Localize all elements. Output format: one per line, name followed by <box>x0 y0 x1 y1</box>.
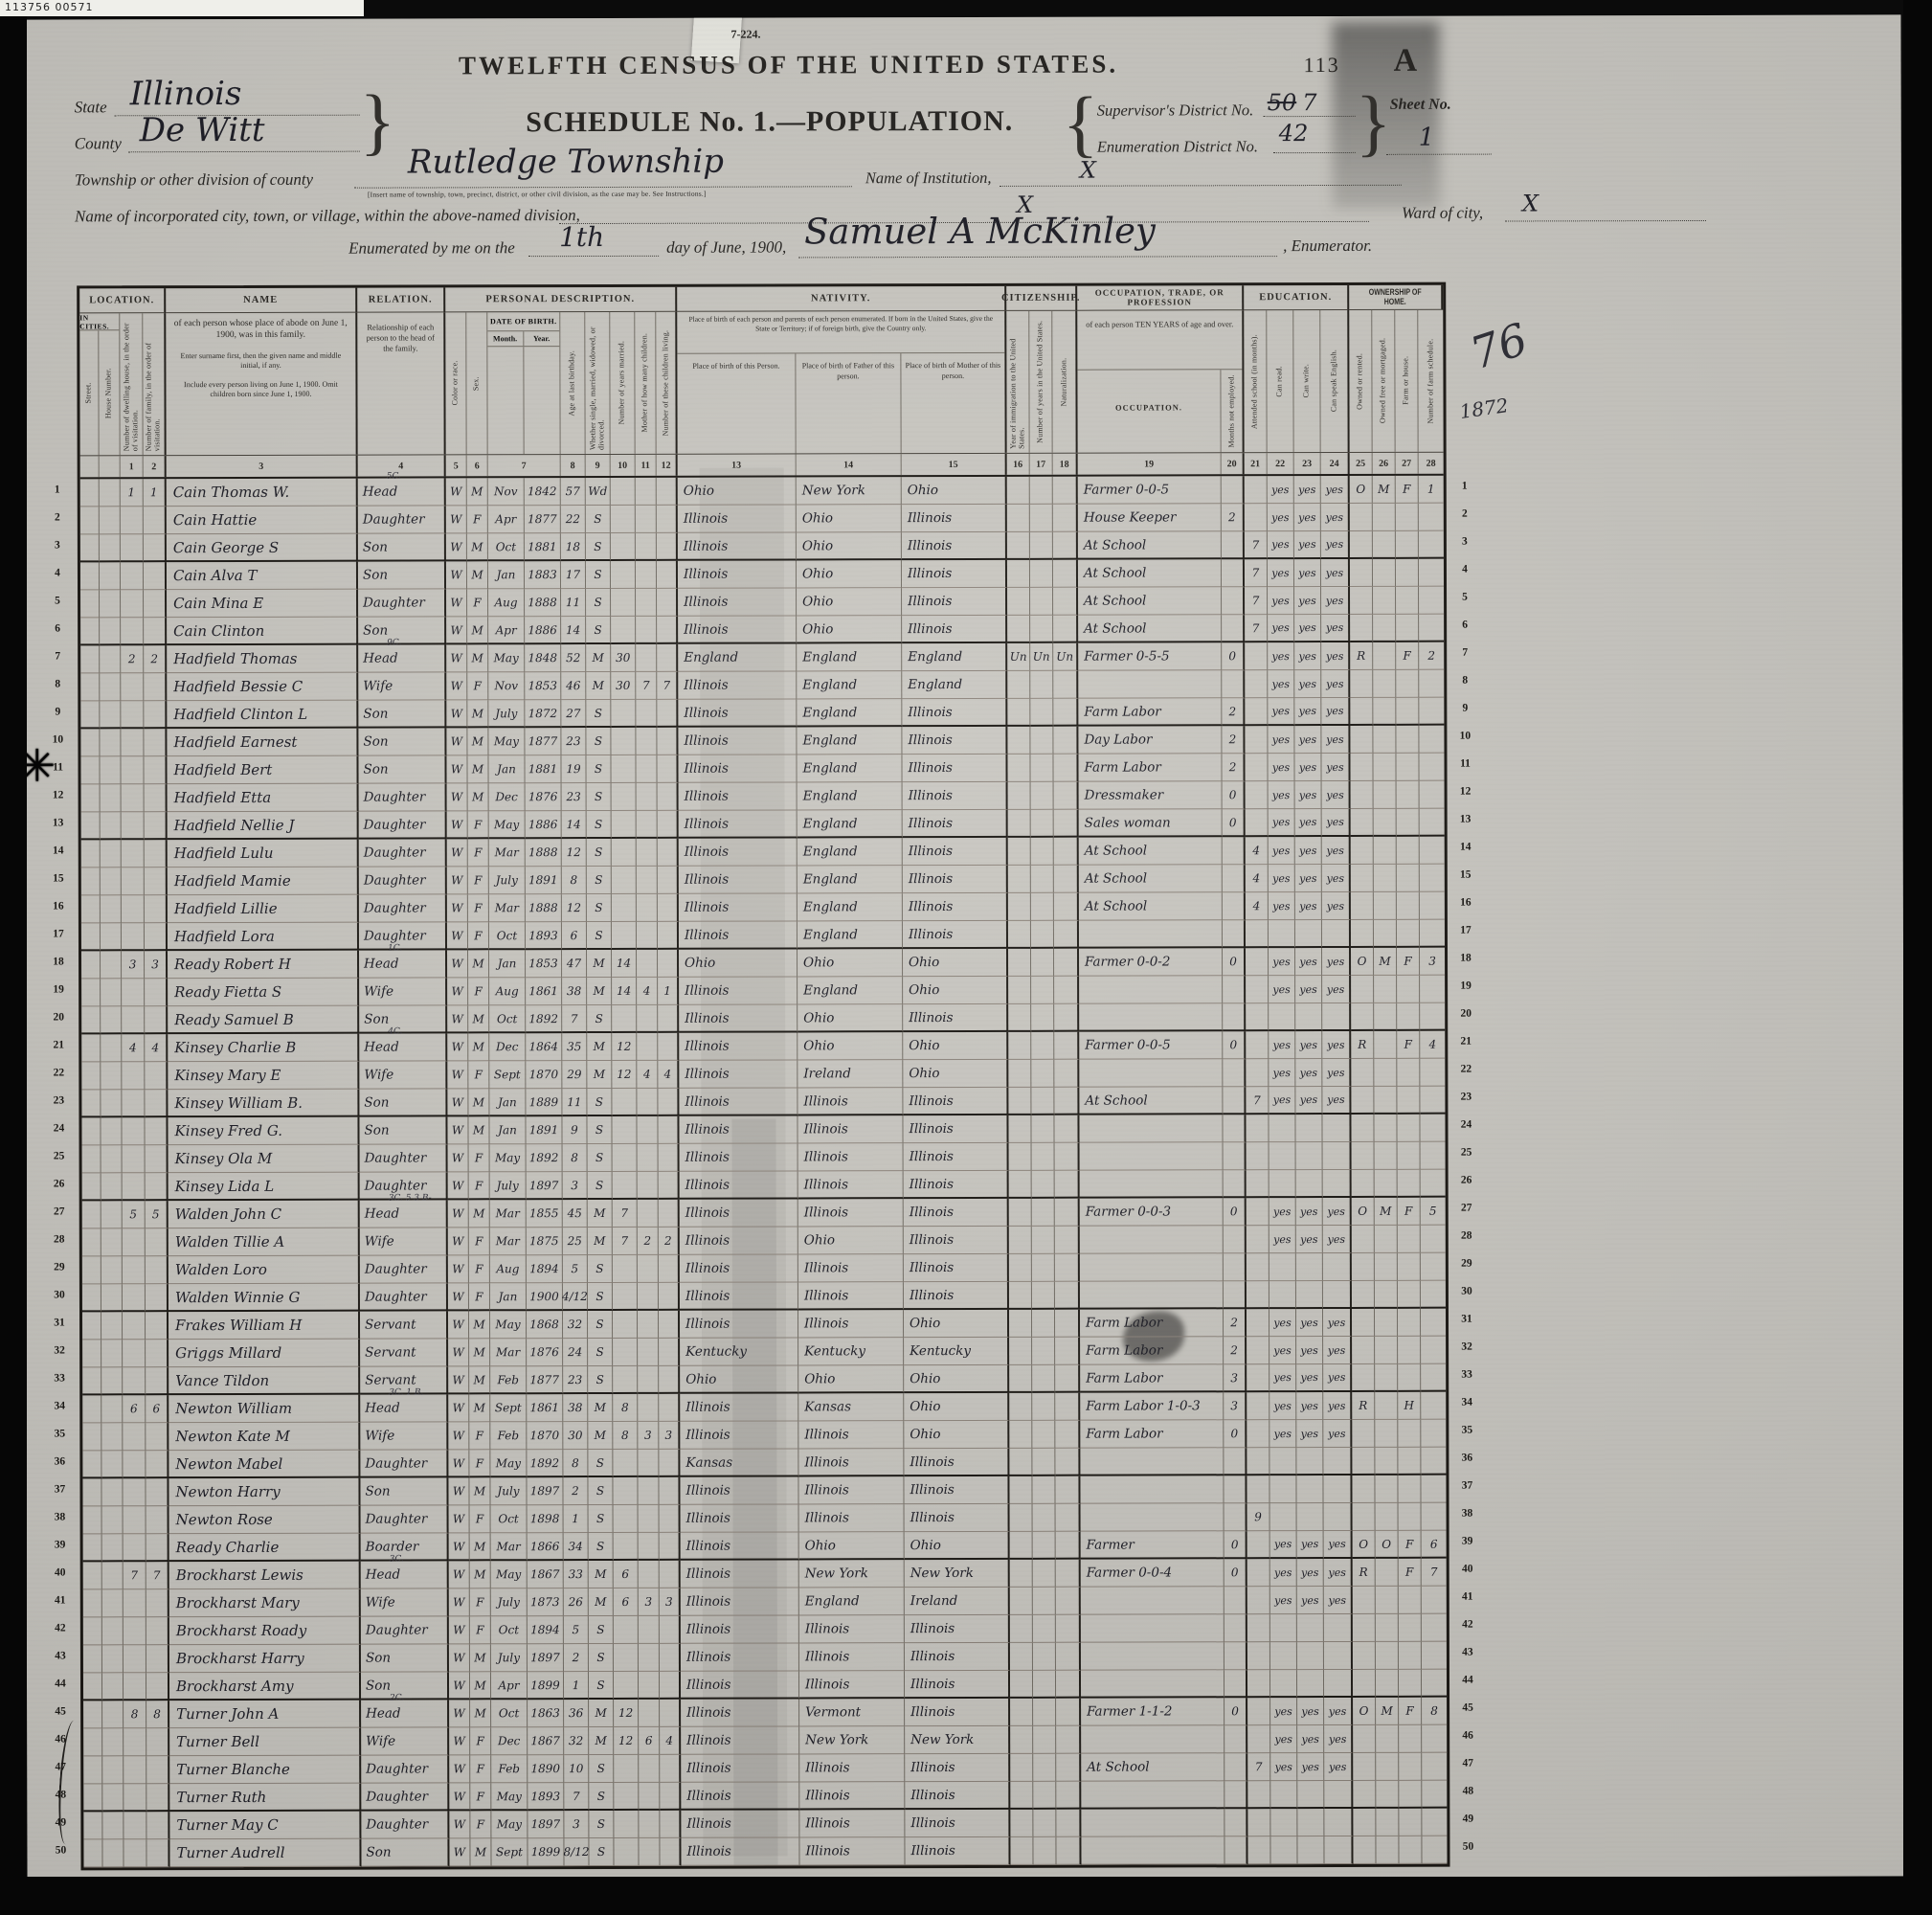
person-row: Newton Kate MWifeWFFeb187030M833Illinois… <box>82 1420 1446 1452</box>
entry-value: Illinois <box>908 705 952 720</box>
cell <box>614 1644 639 1672</box>
entry-value: Un <box>1056 650 1073 664</box>
cell <box>1376 1753 1399 1781</box>
cell: 8 <box>1422 1698 1447 1725</box>
cell <box>637 839 658 867</box>
cell: yes <box>1269 1059 1295 1087</box>
entry-value: Ohio <box>804 1232 835 1248</box>
cell: 30 <box>611 644 636 672</box>
cell <box>612 922 637 950</box>
entry-value: 22 <box>566 512 580 526</box>
cell <box>1270 1836 1297 1864</box>
entry-value: 14 <box>567 818 581 831</box>
entry-value: S <box>595 1011 603 1025</box>
entry-value: Son <box>363 622 388 638</box>
cell <box>638 1311 659 1339</box>
cell <box>614 1616 639 1644</box>
entry-value: M <box>474 1540 485 1553</box>
entry-value: yes <box>1298 595 1315 607</box>
cell: New York <box>905 1560 1010 1588</box>
entry-value: W <box>453 1595 464 1609</box>
cell <box>1352 1170 1375 1198</box>
entry-value: yes <box>1326 705 1343 717</box>
entry-value: S <box>595 1151 603 1164</box>
entry-value: M <box>473 1095 484 1109</box>
cell: 14 <box>561 617 586 644</box>
cell <box>122 1090 145 1117</box>
cell: S <box>589 1616 614 1644</box>
cell <box>637 811 658 839</box>
entry-value: July <box>497 1484 519 1498</box>
entry-value: yes <box>1329 1760 1346 1772</box>
entry-value: Oct <box>499 1623 519 1636</box>
cell <box>121 562 144 590</box>
cell: S <box>586 728 611 755</box>
person-row: Brockharst MaryWifeWFJuly187326M633Illin… <box>83 1587 1447 1618</box>
entry-value: R <box>1359 1566 1368 1579</box>
cell: 7 <box>564 1783 589 1811</box>
entry-value: 6 <box>571 929 578 942</box>
entry-value: Farm Labor <box>1084 704 1160 719</box>
cell: Turner May C <box>169 1812 361 1840</box>
cell <box>82 1284 101 1312</box>
entry-value: 1894 <box>530 1623 560 1636</box>
cell <box>82 1451 101 1478</box>
entry-value: Farm Labor <box>1086 1370 1162 1386</box>
entry-value: 5 <box>129 1207 137 1221</box>
cell: House Keeper <box>1078 504 1222 531</box>
cell: Daughter <box>361 1783 449 1811</box>
entry-value: Son <box>363 539 388 554</box>
cell <box>1031 1088 1054 1115</box>
column-number: 17 <box>1030 454 1053 475</box>
cell <box>1396 531 1419 559</box>
cell <box>1053 505 1078 532</box>
cell: yes <box>1294 587 1321 615</box>
entry-value: Illinois <box>685 845 729 860</box>
cell <box>1398 1337 1421 1364</box>
cell: 9 <box>1247 1503 1270 1531</box>
entry-value: England <box>803 899 858 914</box>
cell: 5 <box>564 1616 589 1644</box>
entry-value: yes <box>1300 1205 1317 1218</box>
cell <box>1222 587 1245 615</box>
entry-value: yes <box>1298 538 1315 551</box>
cell: Illinois <box>681 1560 799 1588</box>
cell <box>1376 1642 1399 1670</box>
entry-value: Wife <box>364 1068 393 1083</box>
col-sex: Sex. <box>466 312 487 454</box>
row-number: 27 <box>45 1197 74 1225</box>
cell <box>611 478 636 506</box>
entry-value: F <box>476 1512 483 1525</box>
entry-value: yes <box>1327 1038 1344 1050</box>
entry-value: Hadfield Lillie <box>174 900 278 917</box>
entry-value: yes <box>1298 621 1315 634</box>
cell: M <box>586 672 611 700</box>
cell: 2 <box>659 1228 680 1255</box>
entry-value: Un <box>1033 650 1050 664</box>
cell <box>102 1617 124 1645</box>
cell: Oct <box>489 922 526 950</box>
entry-value: Walden Tillie A <box>175 1233 284 1250</box>
entry-value: 7 <box>620 1234 628 1248</box>
cell <box>1056 1726 1081 1754</box>
cell <box>639 1811 660 1838</box>
cell: F <box>470 1616 491 1644</box>
cell: R <box>1352 1392 1375 1420</box>
state-label: State <box>75 98 107 117</box>
cell: 6 <box>146 1395 168 1423</box>
entry-value: 2 <box>664 1234 672 1248</box>
cell <box>1398 1226 1421 1253</box>
cell: Un <box>1053 643 1078 671</box>
col-occupation: OCCUPATION. <box>1077 370 1221 452</box>
cell: 7 <box>1245 615 1268 642</box>
cell <box>1245 670 1268 698</box>
entry-value: yes <box>1326 788 1343 800</box>
entry-value: Illinois <box>909 844 953 859</box>
cell <box>101 1256 123 1284</box>
cell: yes <box>1323 1364 1352 1392</box>
cell <box>1031 893 1054 921</box>
cell: At School <box>1079 892 1223 920</box>
cell <box>83 1562 102 1589</box>
cell <box>660 1644 681 1672</box>
cell: yes <box>1323 1337 1352 1364</box>
cell: Ireland <box>798 1060 903 1088</box>
cell: S <box>589 1533 614 1561</box>
cell: yes <box>1296 1226 1323 1253</box>
entry-value: S <box>595 901 602 914</box>
entry-value: Illinois <box>909 1093 953 1109</box>
cell: Illinois <box>680 1421 798 1449</box>
entry-value: Daughter <box>364 872 426 888</box>
cell: 7 <box>613 1200 638 1228</box>
row-number: 13 <box>1451 805 1480 833</box>
entry-value: W <box>451 873 462 887</box>
entry-value: Brockharst Roady <box>176 1622 306 1639</box>
cell: yes <box>1321 531 1350 559</box>
entry-value: W <box>453 1540 464 1553</box>
cell <box>146 1756 169 1784</box>
entry-value: 1897 <box>531 1817 561 1831</box>
entry-value: W <box>452 1179 463 1192</box>
entry-value: yes <box>1299 956 1316 968</box>
entry-value: Daughter <box>365 1289 427 1304</box>
entry-value: England <box>802 649 857 665</box>
entry-value: Illinois <box>686 1677 730 1692</box>
cell <box>1420 865 1445 892</box>
column-number: 15 <box>902 454 1007 475</box>
entry-value: 12 <box>617 1068 631 1081</box>
cell: yes <box>1322 948 1351 976</box>
cell <box>1008 921 1031 949</box>
cell <box>146 1589 169 1617</box>
cell <box>1270 1642 1297 1670</box>
entry-value: yes <box>1300 1093 1317 1106</box>
cell: Servant <box>360 1311 448 1339</box>
entry-value: W <box>451 818 462 831</box>
cell: S <box>588 1283 613 1311</box>
entry-value: Farm Labor <box>1084 759 1160 775</box>
row-number: 32 <box>1452 1333 1481 1361</box>
cell <box>1056 1560 1081 1588</box>
cell: Kinsey Mary E <box>168 1062 359 1091</box>
cell: S <box>586 617 611 644</box>
cell <box>1373 754 1396 781</box>
cell <box>122 1062 145 1090</box>
person-row: Ready CharlieBoarderWMMar186634SIllinois… <box>83 1531 1447 1563</box>
cell <box>83 1534 102 1562</box>
cell: Illinois <box>681 1615 799 1643</box>
cell <box>1350 615 1373 642</box>
cell: 22 <box>561 506 586 533</box>
cell <box>1080 1170 1224 1198</box>
cell: At School <box>1078 615 1222 642</box>
person-row: Hadfield LuluDaughterWFMar188812SIllinoi… <box>81 837 1445 868</box>
entry-value: M <box>474 1678 485 1692</box>
cell <box>102 1812 124 1839</box>
entry-value: 5 <box>152 1207 160 1221</box>
entry-value: Illinois <box>684 567 728 582</box>
cell: yes <box>1270 1587 1297 1614</box>
cell <box>124 1728 146 1756</box>
cell <box>82 1201 101 1228</box>
row-number: 28 <box>45 1225 74 1252</box>
entry-value: yes <box>1326 677 1343 689</box>
cell <box>1421 1309 1446 1337</box>
cell <box>1009 1199 1032 1227</box>
cell <box>1323 1253 1352 1281</box>
cell: 4 <box>637 978 658 1005</box>
entry-value: Illinois <box>684 595 728 610</box>
person-row: Hadfield EttaDaughterWMDec187623SIllinoi… <box>81 781 1445 813</box>
entry-value: 7 <box>1252 621 1260 635</box>
entry-value: yes <box>1328 1538 1345 1550</box>
cell: M <box>470 1533 491 1561</box>
cell: Ohio <box>797 532 902 560</box>
cell <box>1351 892 1374 920</box>
cell <box>123 1478 146 1506</box>
entry-value: yes <box>1328 1205 1345 1217</box>
cell: Frakes William H <box>168 1312 360 1340</box>
entry-value: M <box>595 1734 606 1747</box>
row-number: 5 <box>43 586 72 614</box>
cell: yes <box>1294 642 1321 670</box>
cell <box>659 1200 680 1228</box>
entry-value: yes <box>1302 1761 1319 1773</box>
cell <box>1081 1503 1224 1531</box>
cell <box>1399 1836 1422 1864</box>
enumeration-value: 42 <box>1279 120 1309 146</box>
cell <box>146 1228 168 1256</box>
cell <box>1296 1170 1323 1198</box>
cell: 1842 <box>525 478 561 506</box>
cell: 30 <box>611 672 636 700</box>
cell: England <box>797 727 902 755</box>
cell: W <box>448 1394 469 1422</box>
cell: yes <box>1324 1698 1353 1725</box>
cell: 24 <box>563 1339 588 1366</box>
cell <box>83 1756 102 1784</box>
row-number: 3 <box>43 530 72 558</box>
entry-value: Illinois <box>804 1427 848 1442</box>
entry-value: Illinois <box>805 1843 849 1859</box>
cell: Son <box>358 561 446 589</box>
cell: Ready Robert H <box>168 951 359 980</box>
entry-value: 2 <box>1228 510 1236 524</box>
entry-value: S <box>595 1123 603 1137</box>
county-value: De Witt <box>140 111 265 149</box>
entry-value: 7 <box>130 1568 138 1582</box>
row-number: 50 <box>1453 1833 1482 1860</box>
cell <box>1081 1614 1224 1642</box>
day-line <box>528 256 659 257</box>
cell <box>1247 1309 1269 1337</box>
cell: F <box>469 1172 490 1200</box>
entry-value: W <box>452 1290 463 1303</box>
cell <box>81 895 101 923</box>
entry-value: Oct <box>498 1512 518 1525</box>
entry-value: Vance Tildon <box>175 1371 269 1388</box>
cell: yes <box>1269 948 1295 976</box>
cell <box>1297 1836 1324 1864</box>
cell <box>613 1450 638 1477</box>
cell <box>146 1173 168 1201</box>
cell: Hadfield Bert <box>167 756 358 785</box>
cell <box>123 1284 146 1312</box>
row-number: 48 <box>1453 1777 1482 1805</box>
cell: 6 <box>614 1561 639 1588</box>
cell <box>102 1562 124 1589</box>
cell: yes <box>1270 1698 1297 1725</box>
entry-value: Walden John C <box>175 1205 281 1223</box>
cell: 0 <box>1224 1420 1247 1448</box>
entry-value: May <box>495 1151 520 1164</box>
entry-value: 1875 <box>529 1234 559 1248</box>
row-number: 41 <box>1453 1583 1482 1611</box>
entry-value: W <box>453 1484 464 1498</box>
cell <box>1246 1115 1269 1142</box>
entry-value: S <box>596 1678 604 1691</box>
entry-value: 1889 <box>529 1095 559 1109</box>
cell <box>1419 670 1444 698</box>
entry-value: W <box>452 1206 463 1220</box>
entry-value: Farmer 0-0-4 <box>1087 1565 1172 1580</box>
cell <box>658 1033 679 1061</box>
entry-value: Ohio <box>803 1010 834 1025</box>
cell: Illinois <box>680 1254 798 1282</box>
cell <box>1420 837 1445 865</box>
cell: yes <box>1321 476 1350 504</box>
cell <box>1079 1059 1223 1087</box>
cell <box>1008 977 1031 1004</box>
cell: yes <box>1269 1392 1296 1420</box>
entry-value: S <box>595 873 602 887</box>
cell <box>1270 1781 1297 1809</box>
cell: M <box>467 644 488 672</box>
entry-value: Daughter <box>364 900 426 915</box>
cell <box>1422 1781 1447 1809</box>
cell <box>82 1173 101 1201</box>
cell: W <box>446 700 467 728</box>
cell: 1897 <box>528 1644 564 1672</box>
entry-value: 0 <box>1230 1205 1238 1218</box>
entry-value: England <box>802 760 857 776</box>
entry-value: M <box>594 1040 605 1053</box>
entry-value: Son <box>363 762 388 777</box>
cell: M <box>588 1422 613 1450</box>
cell: F <box>470 1727 491 1755</box>
cell: Illinois <box>679 838 798 866</box>
entry-value: yes <box>1271 595 1289 607</box>
cell <box>83 1812 102 1839</box>
cell: Aug <box>489 978 526 1005</box>
entry-value: 1870 <box>530 1429 560 1442</box>
cell: England <box>902 643 1007 671</box>
entry-value: Illinois <box>908 510 952 526</box>
cell: Hadfield Mamie <box>168 867 359 896</box>
entry-value: Feb <box>498 1429 519 1442</box>
entry-value: 8 <box>131 1707 139 1721</box>
entry-value: yes <box>1299 733 1316 746</box>
column-number: 6 <box>467 455 488 476</box>
person-row: Turner May CDaughterWFMay18973SIllinoisI… <box>83 1809 1447 1840</box>
cell <box>80 590 100 618</box>
cell: yes <box>1294 615 1321 642</box>
person-row: Hadfield LillieDaughterWFMar188812SIllin… <box>81 892 1445 924</box>
cell: H <box>1398 1392 1421 1420</box>
entry-value: Nov <box>494 484 518 498</box>
entry-value: Illinois <box>804 1149 848 1164</box>
cell <box>660 1505 681 1533</box>
cell <box>1246 1003 1269 1031</box>
cell <box>1351 865 1374 892</box>
cell <box>1078 670 1222 698</box>
person-row: Cain ClintonSonWMApr188614SIllinoisOhioI… <box>80 615 1444 646</box>
entry-value: Son <box>364 1011 389 1026</box>
entry-value: Cain Thomas W. <box>173 484 290 501</box>
cell: Son <box>359 1089 447 1116</box>
cell <box>638 1255 659 1283</box>
cell: 8 <box>146 1701 169 1728</box>
entry-value: yes <box>1300 1317 1317 1329</box>
cell <box>1056 1532 1081 1560</box>
cell <box>1247 1448 1269 1476</box>
cell <box>1055 1199 1080 1227</box>
entry-value: Daughter <box>363 511 425 527</box>
entry-value: W <box>454 1817 465 1831</box>
cell: O <box>1353 1698 1376 1725</box>
cell: W <box>446 644 467 672</box>
row-number: 1 <box>43 475 72 503</box>
entry-value: 52 <box>566 651 580 665</box>
entry-value: 12 <box>567 845 581 859</box>
cell: Hadfield Clinton L <box>167 701 358 730</box>
cell <box>1030 505 1053 532</box>
township-label: Township or other division of county <box>75 170 313 191</box>
cell: Turner Blanche <box>169 1756 361 1785</box>
row-number: 2 <box>1450 500 1479 528</box>
cell <box>122 1006 145 1034</box>
entry-value: F <box>474 929 482 942</box>
cell: M <box>588 1394 613 1422</box>
entry-value: yes <box>1329 1704 1346 1717</box>
cell <box>1008 810 1031 838</box>
cell <box>1324 1642 1353 1670</box>
row-number: 29 <box>1452 1250 1481 1277</box>
